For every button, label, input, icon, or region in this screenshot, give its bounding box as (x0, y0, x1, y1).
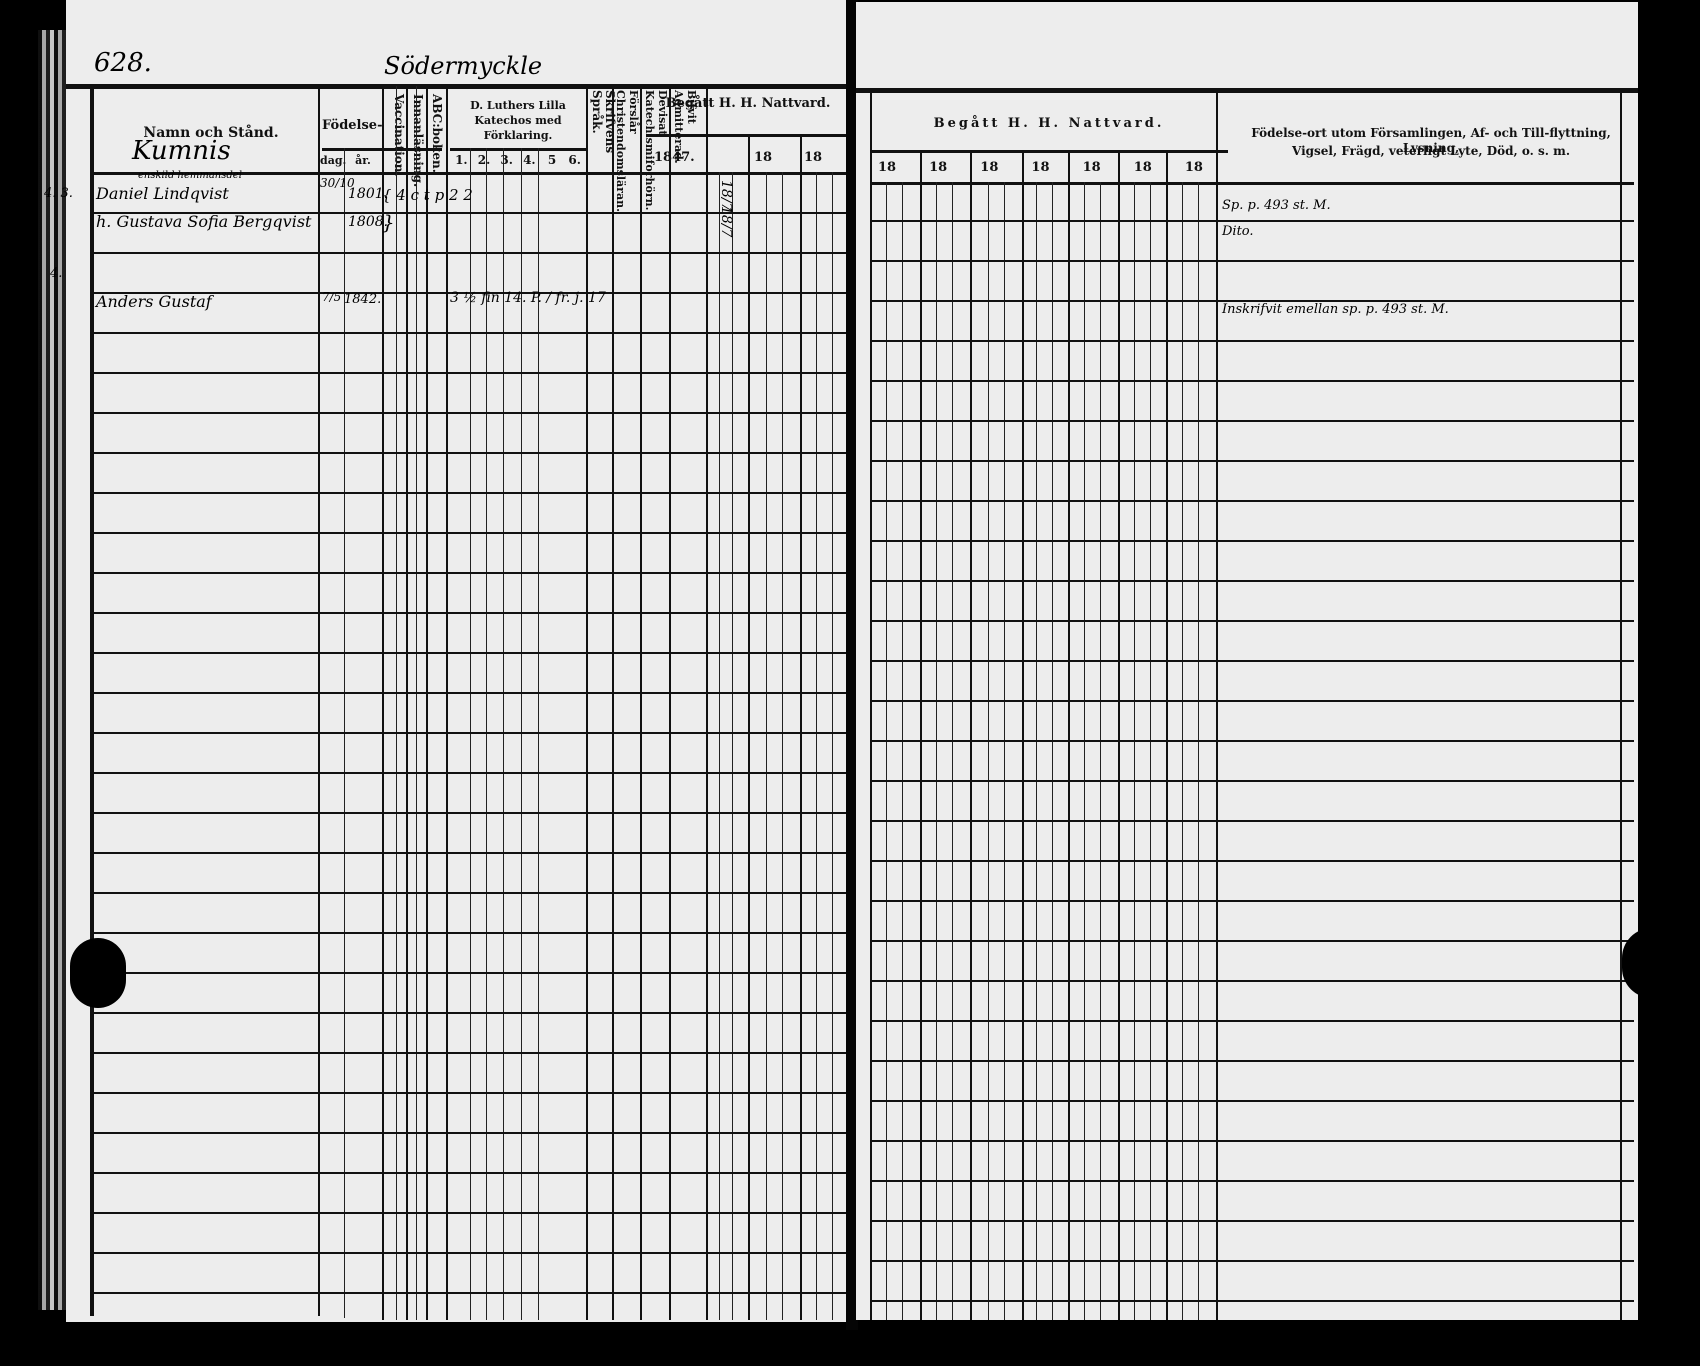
entry-birth-year: 1842. (344, 292, 381, 307)
column-rule (1036, 182, 1037, 1320)
row-rule (90, 412, 850, 414)
column-rule (766, 172, 767, 1320)
row-rule (90, 532, 850, 534)
column-rule (503, 148, 504, 1320)
right-page: Begått H. H. Nattvard. 18 18 18 18 18 18… (856, 2, 1638, 1320)
row-rule (870, 420, 1634, 422)
remark-entry: Inskrifvit emellan sp. p. 493 st. M. (1222, 302, 1449, 317)
entry-name: h. Gustava Sofia Bergqvist (96, 212, 311, 231)
header-christianity: Förslår Christendomsläran. (614, 90, 640, 170)
column-rule (1022, 150, 1024, 1320)
column-rule (1052, 182, 1053, 1320)
row-rule (90, 372, 850, 374)
row-rule (90, 772, 850, 774)
row-rule (870, 700, 1634, 702)
column-rule (1068, 150, 1070, 1320)
column-rule (936, 182, 937, 1320)
column-rule (870, 90, 872, 1320)
column-rule (640, 86, 642, 1320)
row-rule (90, 932, 850, 934)
header-remarks-line2: Vigsel, Frägd, veterligt Lyte, Död, o. s… (1236, 144, 1626, 159)
column-rule (902, 182, 903, 1320)
header-birth-day: dag. (320, 153, 346, 168)
row-rule (90, 452, 850, 454)
column-rule (470, 148, 471, 1320)
column-rule (446, 86, 448, 1320)
row-rule (870, 1260, 1634, 1262)
communion-year: 18 (1177, 160, 1228, 175)
row-rule (90, 732, 850, 734)
column-rule (1100, 182, 1101, 1320)
column-rule (426, 86, 428, 1320)
column-rule (406, 86, 408, 1320)
header-vaccination: Vaccination. (392, 94, 405, 166)
column-rule (832, 172, 833, 1320)
communion-year: 18 (754, 150, 772, 165)
header-birth-year: år. (346, 153, 380, 168)
row-rule (90, 892, 850, 894)
header-top-rule (66, 84, 850, 89)
row-rule (870, 1300, 1634, 1302)
column-rule (612, 86, 614, 1320)
column-rule (396, 86, 397, 1320)
header-communion: Begått H. H. Nattvard. (650, 96, 846, 111)
header-communion: Begått H. H. Nattvard. (870, 116, 1228, 131)
row-rule (870, 1180, 1634, 1182)
entry-margin-number: 4. (50, 266, 62, 281)
row-rule (90, 332, 850, 334)
row-rule (870, 940, 1634, 942)
row-rule (870, 860, 1634, 862)
catechism-part: 2. (473, 153, 496, 167)
row-rule (870, 1020, 1634, 1022)
binding-hole (1622, 928, 1682, 998)
column-rule (886, 182, 887, 1320)
entry-marks: 3 ½ fin 14. P. / fr. j. 17 (450, 290, 606, 306)
row-rule (870, 540, 1634, 542)
communion-year: 18 (1023, 160, 1074, 175)
column-rule (816, 172, 817, 1320)
remark-entry: Sp. p. 493 st. M. (1222, 198, 1331, 213)
row-rule (870, 1220, 1634, 1222)
communion-subheader-rule (870, 150, 1228, 153)
row-rule (870, 500, 1634, 502)
column-rule (706, 86, 708, 1320)
row-rule (90, 1252, 850, 1254)
entry-marks: } (382, 210, 395, 234)
row-rule (870, 780, 1634, 782)
column-rule (1118, 150, 1120, 1320)
column-rule (920, 150, 922, 1320)
header-top-rule (856, 88, 1638, 93)
row-rule (90, 1212, 850, 1214)
column-rule (732, 172, 733, 1320)
right-margin-rule (1620, 90, 1622, 1320)
column-rule (719, 172, 720, 1320)
header-reading: Innanläsning. (411, 94, 424, 166)
row-rule (90, 1172, 850, 1174)
header-catechism: D. Luthers Lilla Katechos med Förklaring… (450, 98, 586, 143)
row-rule (90, 692, 850, 694)
communion-year: 18 (972, 160, 1023, 175)
row-rule (870, 740, 1634, 742)
row-rule (90, 812, 850, 814)
column-rule (970, 150, 972, 1320)
row-rule (870, 980, 1634, 982)
row-rule (90, 972, 850, 974)
entry-marks: { 4 c t p 2 2 (382, 186, 473, 204)
column-rule (1004, 182, 1005, 1320)
column-rule (538, 148, 539, 1320)
row-rule (870, 580, 1634, 582)
column-rule (782, 172, 783, 1320)
row-rule (90, 1292, 850, 1294)
row-rule (870, 620, 1634, 622)
row-rule (90, 572, 850, 574)
place-heading: Södermyckle (384, 52, 542, 80)
catechism-part: 3. (495, 153, 518, 167)
column-rule (988, 182, 989, 1320)
communion-years: 18 18 18 18 18 18 18 (870, 160, 1228, 175)
row-rule (870, 820, 1634, 822)
row-rule (870, 660, 1634, 662)
entry-birth-day: 7/5 (322, 290, 341, 304)
row-rule (90, 652, 850, 654)
communion-year: 18 (921, 160, 972, 175)
row-rule (870, 1140, 1634, 1142)
column-rule (1134, 182, 1135, 1320)
entry-farm-note: enskild hemmansdel (138, 170, 242, 181)
column-rule (800, 134, 802, 1320)
row-rule (90, 1052, 850, 1054)
remark-entry: Dito. (1222, 224, 1254, 239)
row-rule (90, 1092, 850, 1094)
catechism-part: 6. (563, 153, 586, 167)
page-number: 628. (94, 48, 152, 78)
binding-hole (70, 938, 126, 1008)
remarks-column-rule (1216, 90, 1218, 1320)
scanned-binding-edge (38, 30, 68, 1310)
remarks-header-bottom-rule (1218, 182, 1634, 185)
column-rule (416, 86, 417, 1320)
header-birth: Födelse- (322, 118, 382, 133)
column-rule (1166, 150, 1168, 1320)
catechism-part: 5 (541, 153, 564, 167)
row-rule (90, 1012, 850, 1014)
column-rule (1198, 182, 1199, 1320)
column-rule (586, 86, 588, 1320)
entry-name: Anders Gustaf (96, 292, 212, 311)
row-rule (870, 340, 1634, 342)
header-bottom-rule (870, 182, 1228, 185)
row-rule (870, 220, 1634, 222)
column-rule (521, 148, 522, 1320)
column-rule (486, 148, 487, 1320)
row-rule (870, 380, 1634, 382)
row-rule (870, 1060, 1634, 1062)
column-rule (382, 86, 384, 1320)
communion-year: 1847. (654, 150, 695, 165)
row-rule (870, 900, 1634, 902)
column-rule (952, 182, 953, 1320)
row-rule (90, 252, 850, 254)
column-rule (748, 134, 750, 1320)
column-rule (1084, 182, 1085, 1320)
communion-year: 18 (804, 150, 822, 165)
row-rule (870, 1100, 1634, 1102)
row-rule (870, 260, 1634, 262)
entry-communion: 18/7 (718, 206, 734, 237)
left-page: 628. Södermyckle Namn och Stånd. Födelse… (66, 0, 850, 1322)
column-rule (1150, 182, 1151, 1320)
entry-farm-name: Kumnis (132, 136, 231, 166)
communion-year: 18 (1126, 160, 1177, 175)
entry-margin-number: 4. 3. (44, 186, 73, 201)
row-rule (90, 852, 850, 854)
entry-name: Daniel Lindqvist (96, 184, 229, 203)
row-rule (90, 492, 850, 494)
column-rule (1182, 182, 1183, 1320)
row-rule (870, 460, 1634, 462)
row-rule (90, 1132, 850, 1134)
communion-year: 18 (870, 160, 921, 175)
row-rule (90, 612, 850, 614)
column-rule (669, 86, 671, 1320)
header-abc-book: ABC:boken. (430, 94, 443, 166)
